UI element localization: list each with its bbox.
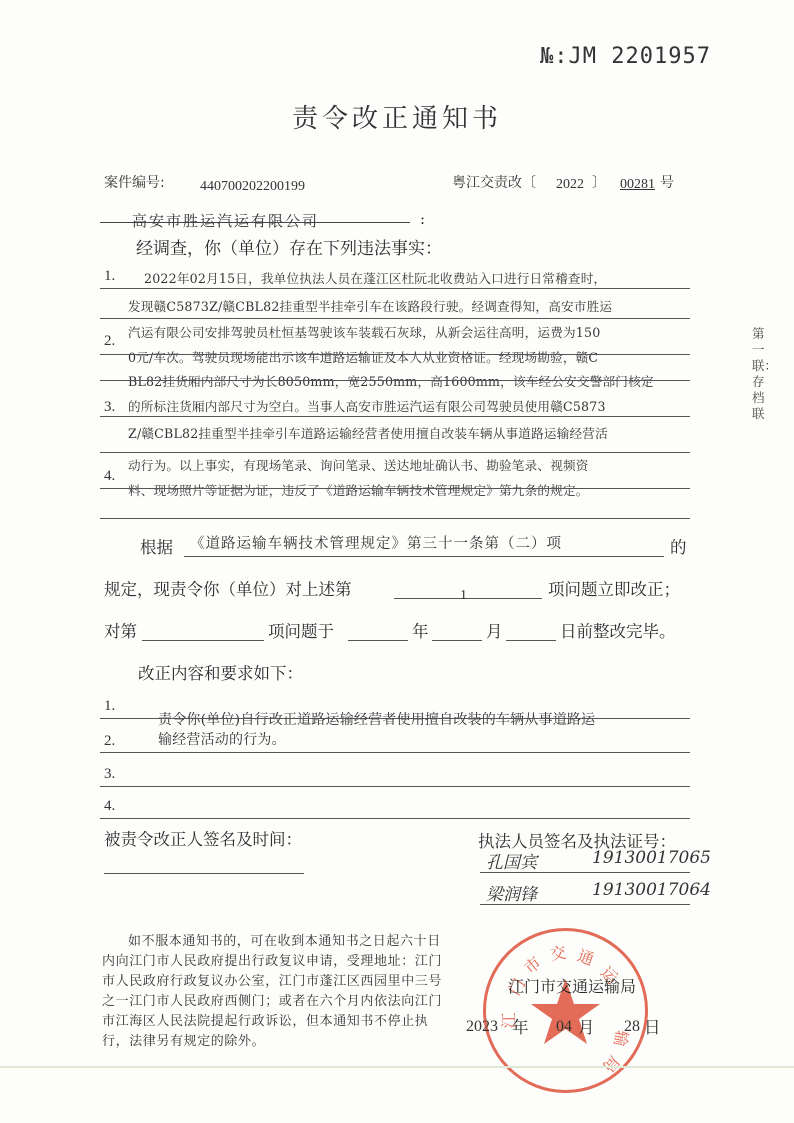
- deadline-month-label: 月: [486, 618, 503, 642]
- fact-rule-7: [100, 488, 690, 489]
- order-line2-mid: 项问题于: [268, 618, 334, 642]
- basis-underline: [184, 556, 664, 557]
- order-line2-prefix: 对第: [104, 618, 137, 642]
- copy-label: 第一联：存档联: [752, 326, 770, 422]
- fact-number-4: 4.: [104, 468, 115, 485]
- basis-regulation: 《道路运输车辆技术管理规定》第三十一条第（二）项: [190, 532, 562, 553]
- deadline-year-label: 年: [412, 618, 429, 642]
- issue-month: 04: [556, 1018, 572, 1036]
- order-line1-suffix: 项问题立即改正；: [548, 576, 680, 600]
- deadline-month-underline: [432, 640, 482, 641]
- fact-rule-4: [100, 380, 690, 381]
- requirements-heading: 改正内容和要求如下：: [138, 660, 303, 684]
- immediate-item-underline: [394, 598, 542, 599]
- fact-line-3: 汽运有限公司安排驾驶员杜恒基驾驶该车装载石灰球，从新会运往高明，运费为150: [128, 322, 600, 341]
- req-number-3: 3.: [104, 766, 115, 783]
- fact-rule-6: [100, 452, 690, 453]
- recipient-signature-label: 被责令改正人签名及时间：: [104, 826, 302, 850]
- basis-prefix: 根据: [140, 534, 173, 558]
- fact-line-2: 发现赣C5873Z/赣CBL82挂重型半挂牵引车在该路段行驶。经调查得知，高安市…: [128, 296, 612, 315]
- doc-number: 00281: [620, 177, 655, 193]
- req-rule-1: [100, 718, 690, 719]
- req-number-4: 4.: [104, 798, 115, 815]
- fact-rule-5: [100, 416, 690, 417]
- deadline-item-underline: [142, 640, 264, 641]
- req-number-2: 2.: [104, 733, 115, 750]
- basis-suffix: 的: [670, 534, 687, 558]
- req-number-1: 1.: [104, 698, 115, 715]
- recipient-signature-line: [104, 873, 304, 874]
- recipient-colon: :: [420, 210, 425, 228]
- officer-1-signature: 孔国宾: [486, 848, 537, 873]
- doc-year: 2022: [556, 177, 584, 193]
- doc-suffix: 号: [660, 172, 674, 192]
- officer-1-line: [480, 872, 690, 873]
- fact-line-1: 2022年02月15日，我单位执法人员在蓬江区杜阮北收费站入口进行日常稽查时，: [144, 268, 606, 287]
- issue-day-label: 日: [644, 1014, 661, 1038]
- fact-number-2: 2.: [104, 333, 115, 350]
- deadline-day-underline: [506, 640, 556, 641]
- case-number-label: 案件编号:: [104, 172, 165, 192]
- fact-line-8: 动行为。以上事实，有现场笔录、询问笔录、送达地址确认书、勘验笔录、视频资: [128, 455, 589, 474]
- official-seal: 门 市 交 通 运 输 局 江: [483, 928, 648, 1093]
- issue-year: 2023: [466, 1018, 498, 1036]
- case-number: 440700202200199: [200, 179, 305, 195]
- fact-rule-2: [100, 318, 690, 319]
- doc-prefix: 粤江交责改〔: [452, 172, 536, 192]
- req-line-1: 责令你(单位)自行改正道路运输经营者使用擅自改装的车辆从事道路运: [158, 709, 595, 729]
- fact-rule-8: [100, 518, 690, 519]
- fact-line-6: 的所标注货厢内部尺寸为空白。当事人高安市胜运汽运有限公司驾驶员使用赣C5873: [128, 396, 606, 415]
- intro-text: 经调查，你（单位）存在下列违法事实：: [136, 234, 442, 259]
- fact-line-4: 0元/车次。驾驶员现场能出示该车道路运输证及本人从业资格证。经现场勘验，赣C: [128, 347, 598, 366]
- issue-day: 28: [624, 1018, 640, 1036]
- recipient-name: 高安市胜运汽运有限公司: [132, 210, 319, 231]
- fact-number-1: 1.: [104, 268, 115, 285]
- issue-year-label: 年: [512, 1014, 529, 1038]
- doc-close: 〕: [592, 172, 606, 192]
- issuer-agency: 江门市交通运输局: [508, 974, 636, 997]
- officer-1-cert-no: 19130017065: [592, 848, 711, 868]
- issue-month-label: 月: [578, 1014, 595, 1038]
- fact-rule-3: [100, 354, 690, 355]
- req-rule-2: [100, 752, 690, 753]
- order-line1-prefix: 规定，现责令你（单位）对上述第: [104, 576, 352, 600]
- immediate-item-value: 1: [460, 588, 467, 604]
- req-rule-4: [100, 818, 690, 819]
- officer-2-signature: 梁润锋: [486, 880, 537, 905]
- fact-line-7: Z/赣CBL82挂重型半挂牵引车道路运输经营者使用擅自改装车辆从事道路运输经营活: [128, 423, 608, 442]
- deadline-year-underline: [348, 640, 408, 641]
- document-title: 责令改正通知书: [0, 98, 794, 135]
- req-rule-3: [100, 786, 690, 787]
- fact-rule-1: [100, 288, 690, 289]
- recipient-strike: [100, 222, 410, 223]
- officer-2-cert-no: 19130017064: [592, 880, 711, 900]
- appeal-notice: 如不服本通知书的，可在收到本通知书之日起六十日内向江门市人民政府提出行政复议申请…: [102, 932, 442, 1052]
- fact-line-9: 料、现场照片等证据为证，违反了《道路运输车辆技术管理规定》第九条的规定。: [128, 480, 589, 499]
- officer-2-line: [480, 904, 690, 905]
- deadline-day-suffix: 日前整改完毕。: [560, 618, 676, 642]
- req-line-2: 输经营活动的行为。: [158, 729, 286, 749]
- serial-number: №:JM 2201957: [540, 44, 711, 69]
- scan-artifact-rule: [0, 1066, 794, 1068]
- fact-number-3: 3.: [104, 399, 115, 416]
